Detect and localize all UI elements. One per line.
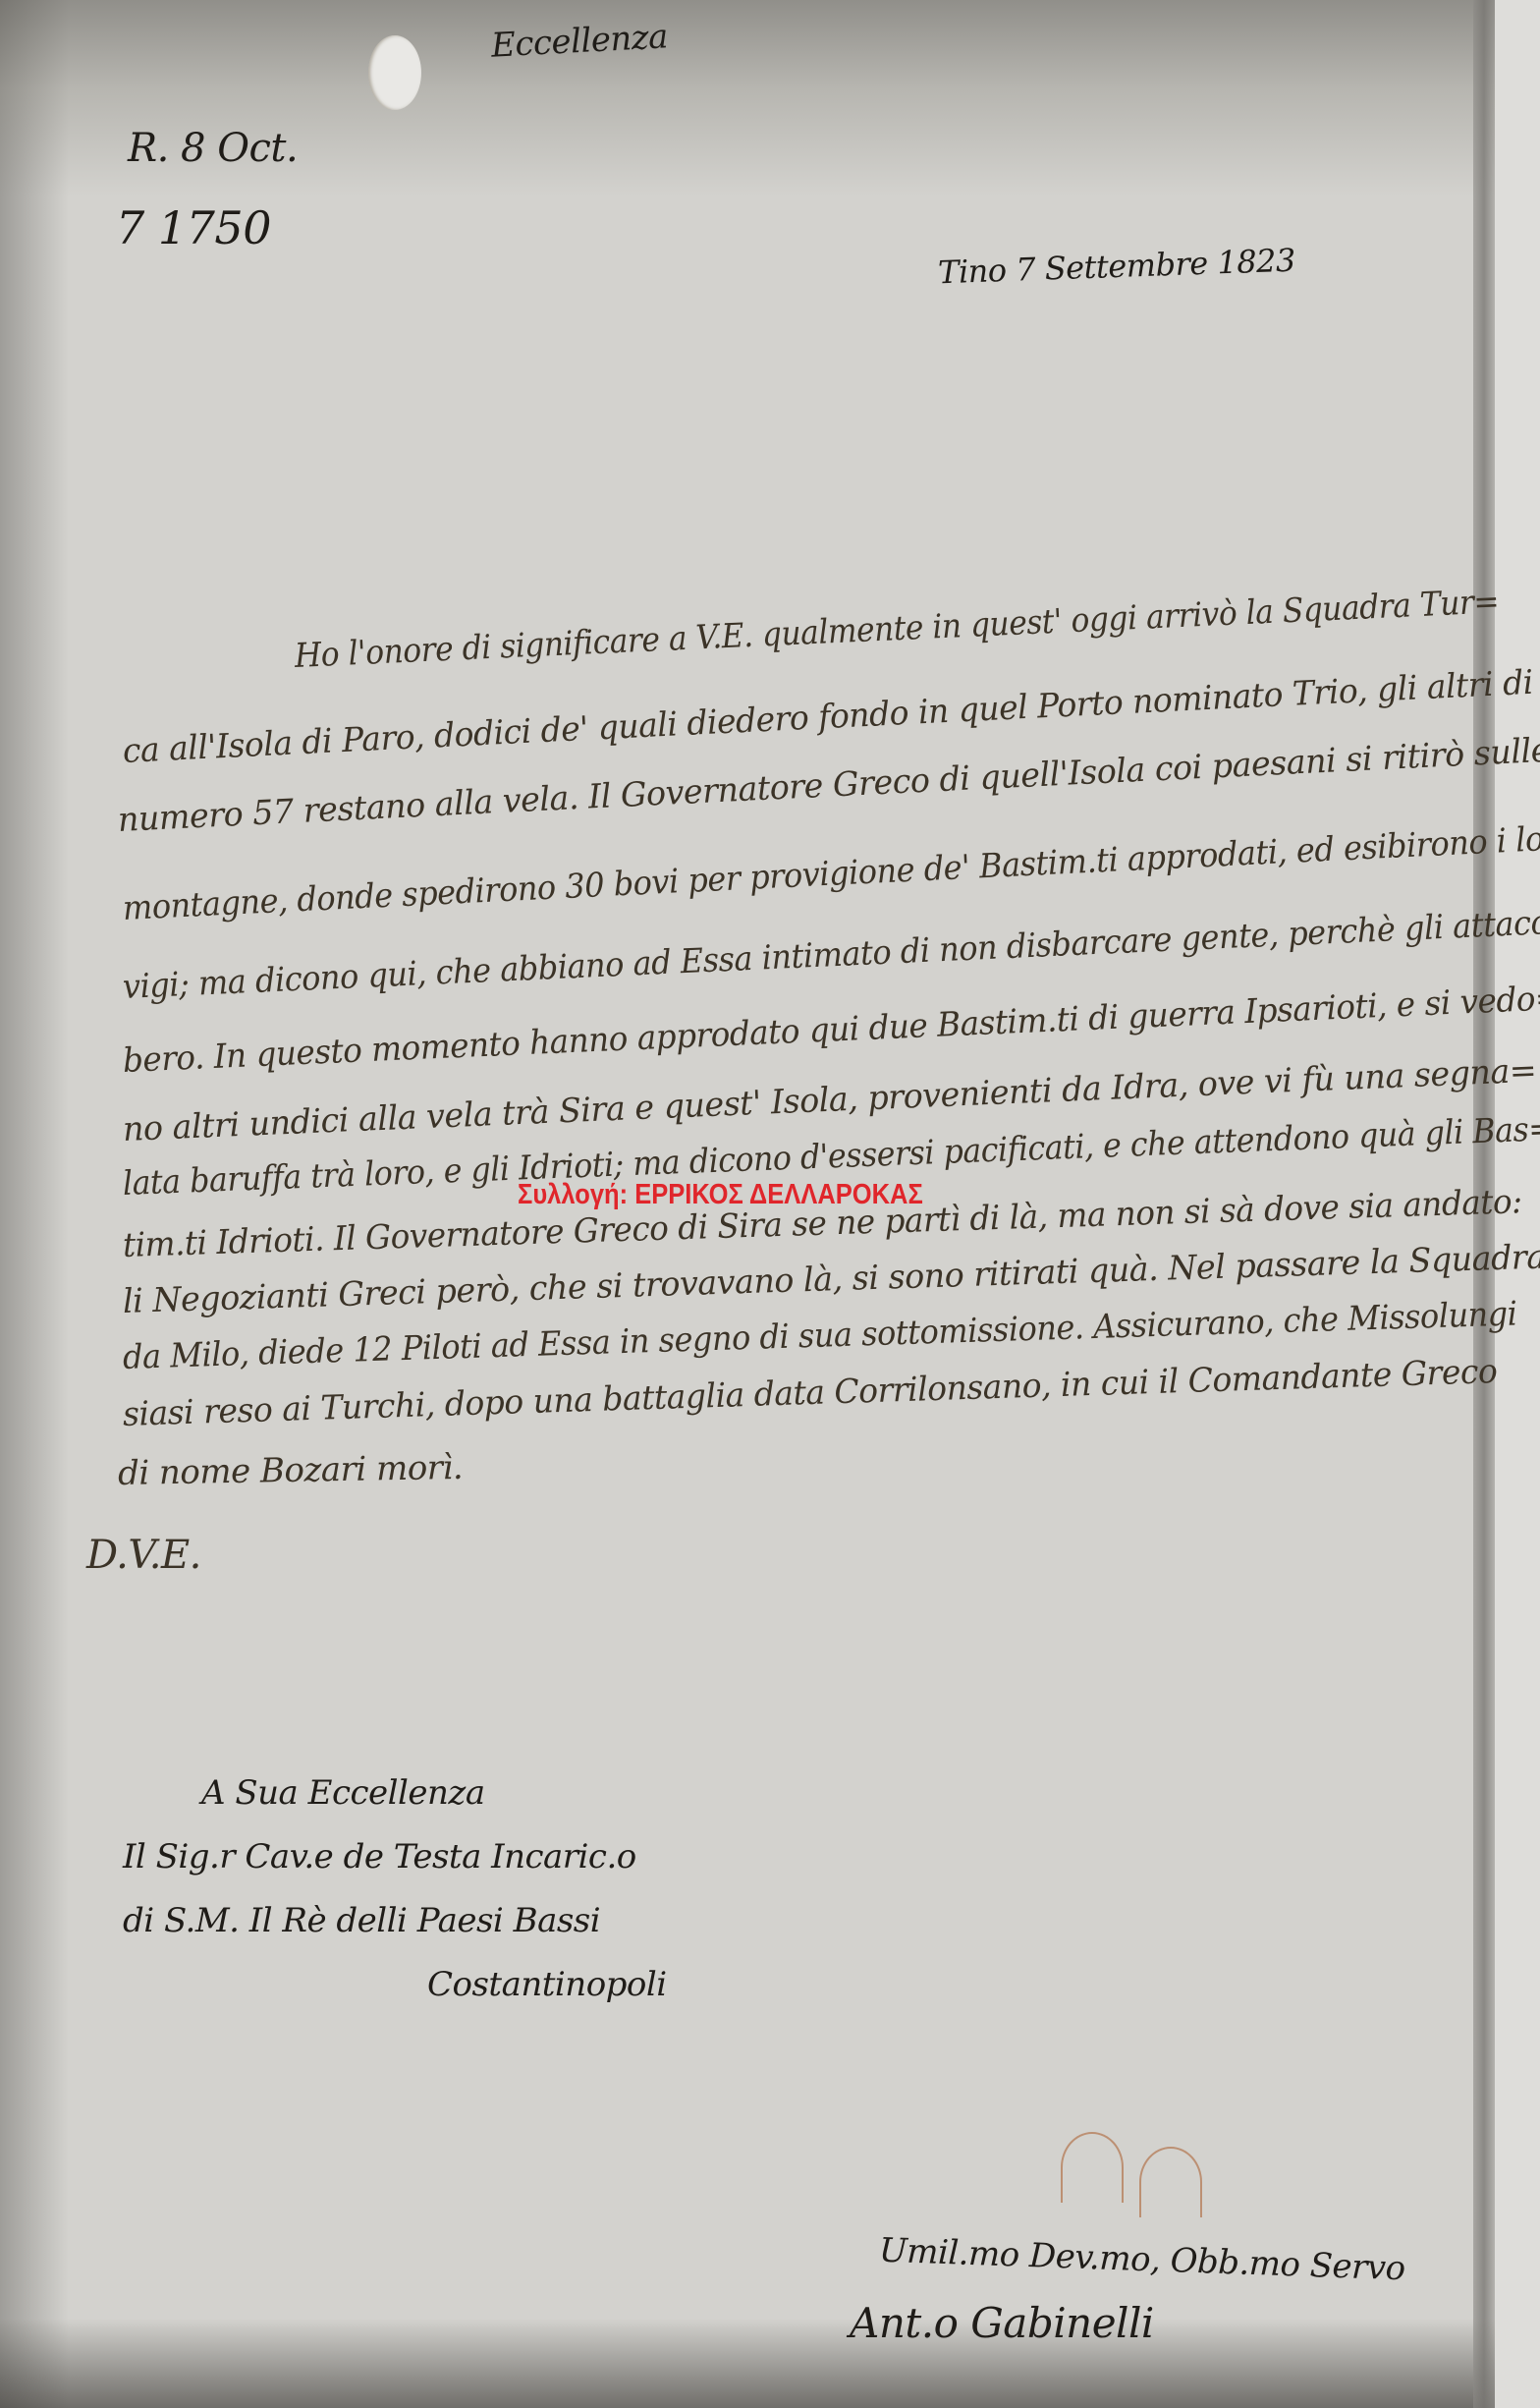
margin-note-line-2: 7 1750 — [116, 201, 271, 254]
collection-watermark: Συλλογή: ΕΡΡΙΚΟΣ ΔΕΛΛΑΡΟΚΑΣ — [518, 1179, 923, 1211]
closing-abbreviation: D.V.E. — [86, 1533, 201, 1578]
rust-stain — [1139, 2147, 1202, 2217]
signature-name: Ant.o Gabinelli — [850, 2299, 1154, 2347]
margin-note-line-1: R. 8 Oct. — [128, 126, 298, 171]
address-line: di S.M. Il Rè delli Paesi Bassi — [123, 1901, 600, 1940]
address-line: A Sua Eccellenza — [201, 1773, 485, 1813]
address-line: Il Sig.r Cav.e de Testa Incaric.o — [123, 1837, 636, 1876]
punch-hole — [368, 35, 421, 110]
address-line: Costantinopoli — [427, 1965, 667, 2004]
rust-stain — [1061, 2132, 1124, 2203]
body-line: di nome Bozari morì. — [118, 1448, 464, 1493]
